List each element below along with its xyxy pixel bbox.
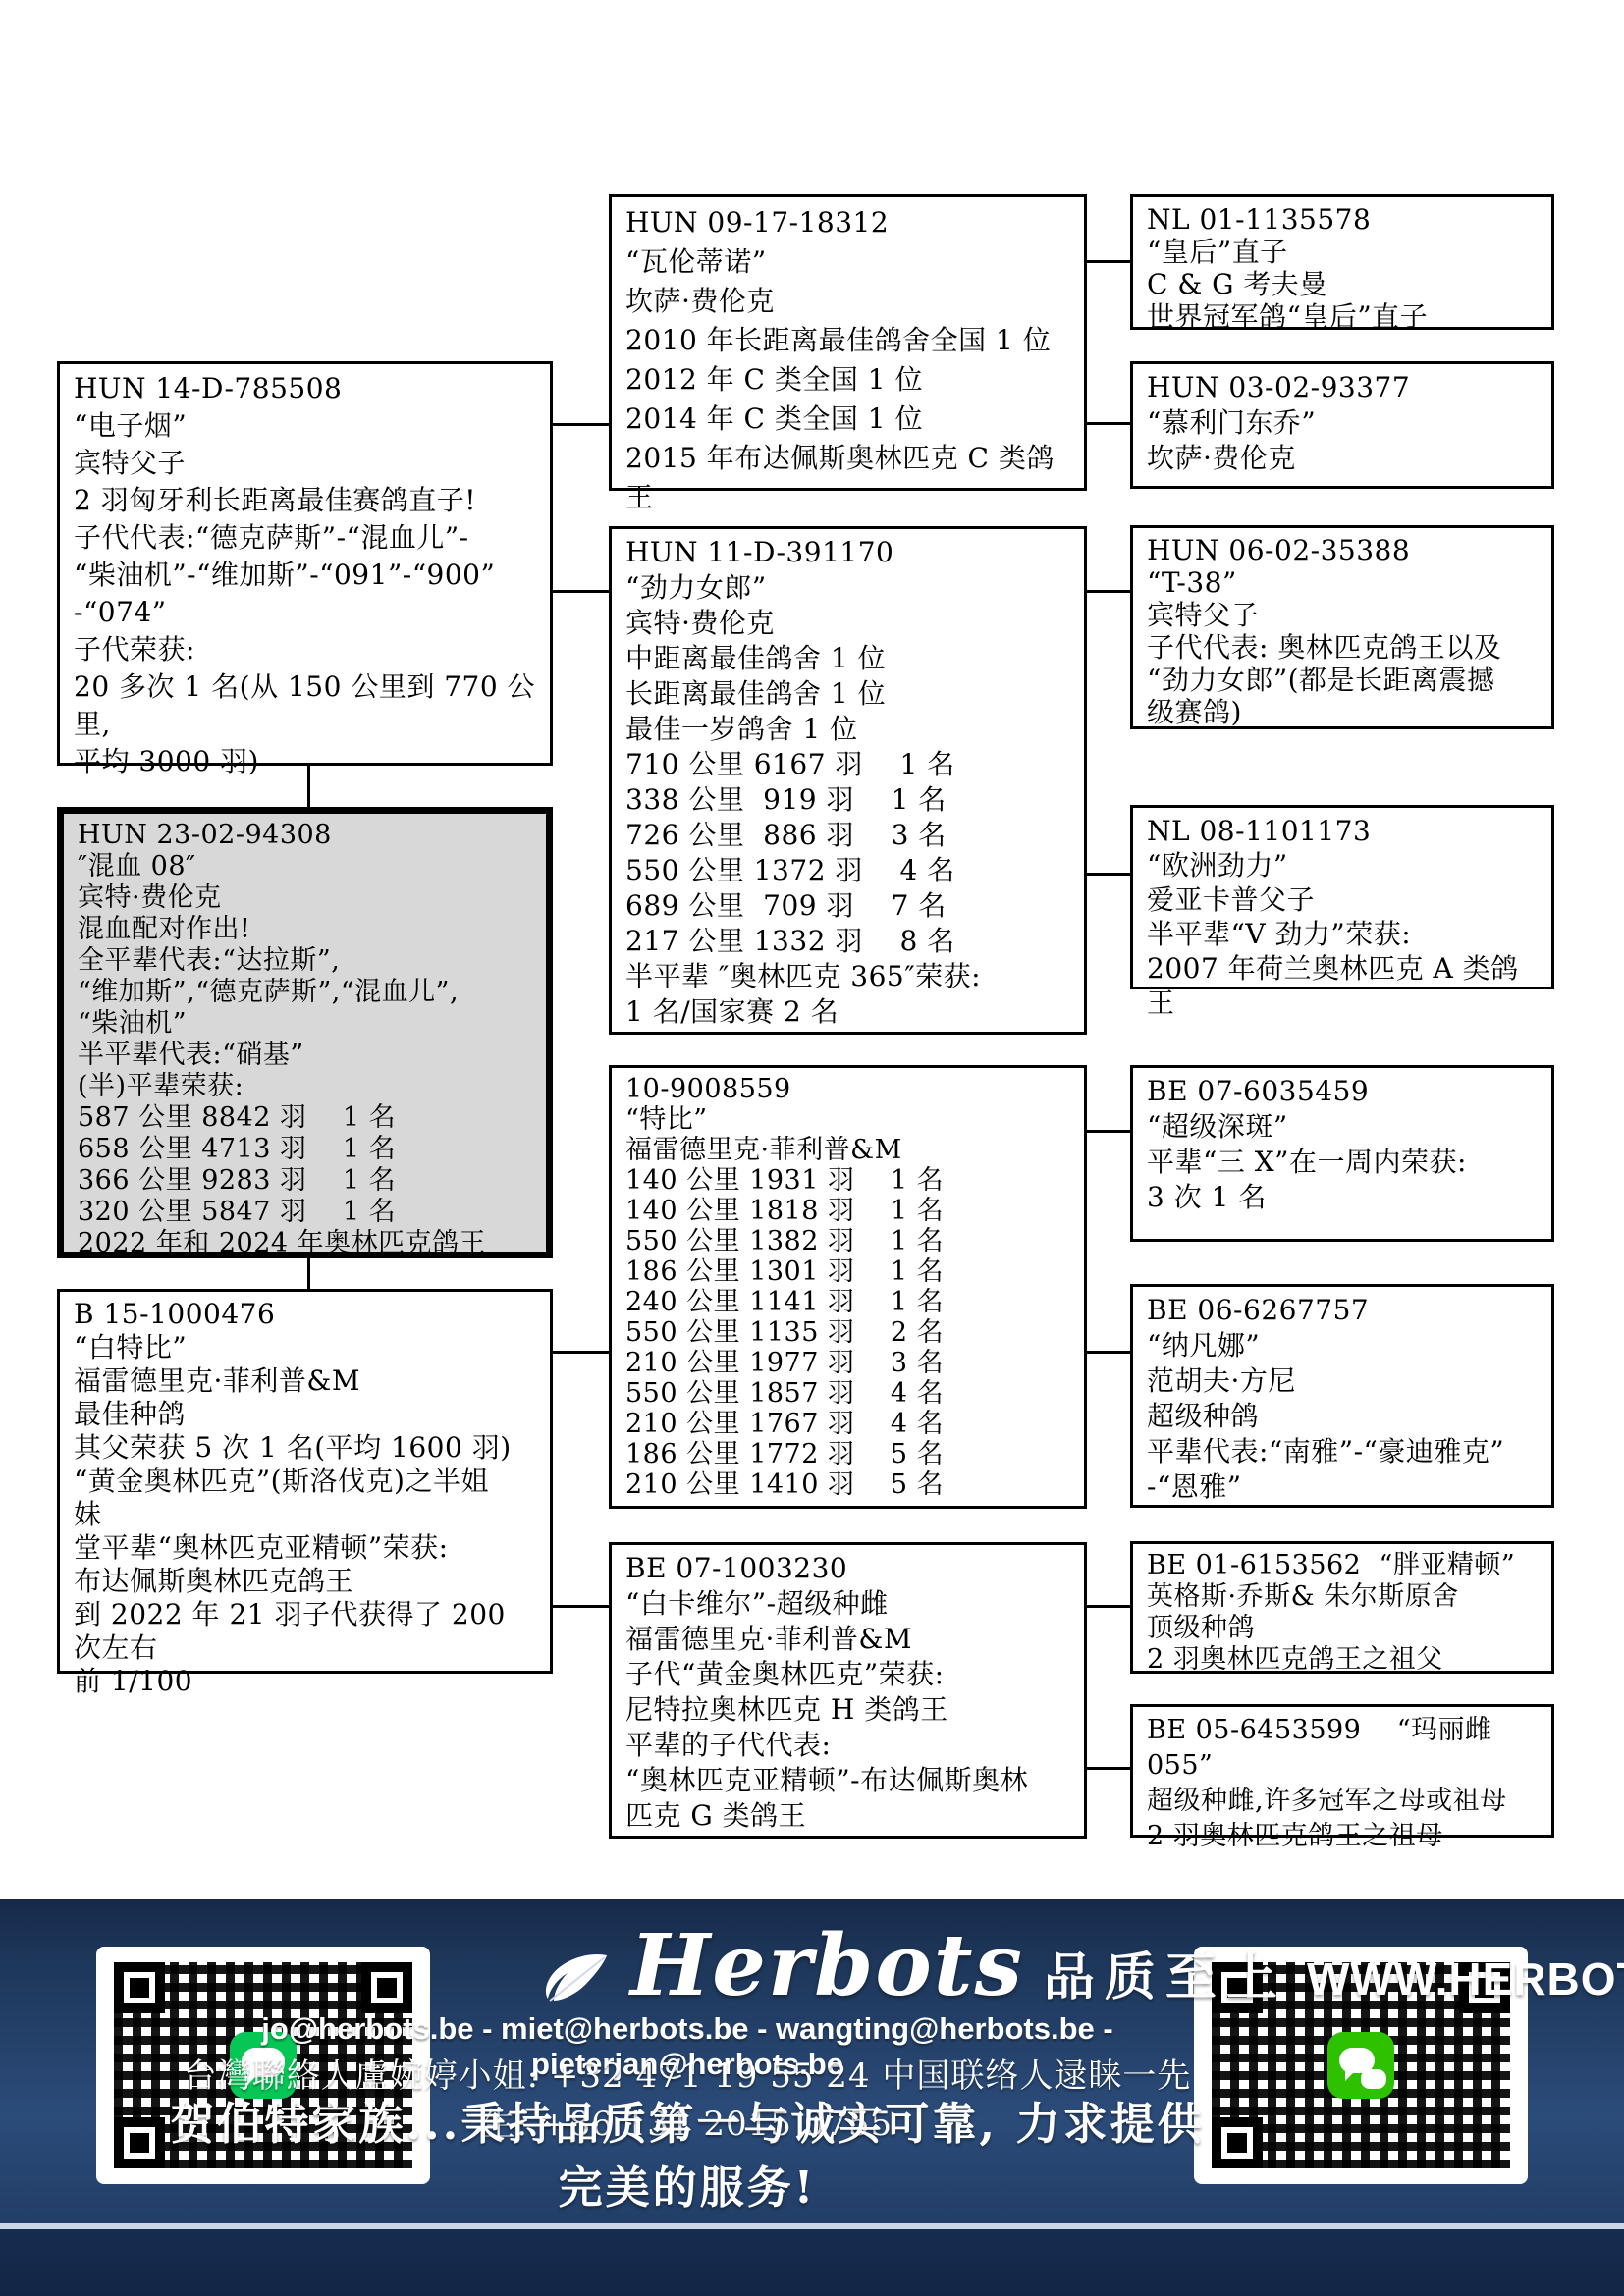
- wechat-icon: [1327, 2032, 1394, 2099]
- pedigree-box-nl-01-1135578: NL 01-1135578 “皇后”直子 C & G 考夫曼 世界冠军鸽“皇后”…: [1130, 194, 1554, 330]
- connector-line: [551, 1351, 611, 1354]
- connector-line: [1085, 260, 1132, 263]
- pedigree-box-be-07-1003230: BE 07-1003230 “白卡维尔”-超级种雌 福雷德里克·菲利普&M 子代…: [609, 1542, 1087, 1839]
- pedigree-box-b-15-1000476: B 15-1000476 “白特比” 福雷德里克·菲利普&M 最佳种鸽 其父荣获…: [57, 1289, 553, 1674]
- footer-tagline: 贺伯特家族...秉持品质第一与诚实可靠, 力求提供完美的服务!: [167, 2088, 1208, 2216]
- pedigree-box-text: HUN 03-02-93377 “慕利门东乔” 坎萨·费伦克: [1133, 364, 1551, 476]
- connector-line: [551, 423, 611, 426]
- pedigree-box-hun-06-02-35388: HUN 06-02-35388 “T-38” 宾特父子 子代代表: 奥林匹克鸽王…: [1130, 525, 1554, 729]
- pedigree-box-text: NL 08-1101173 “欧洲劲力” 爱亚卡普父子 半平辈“V 劲力”荣获:…: [1133, 808, 1551, 1020]
- pedigree-box-hun-11-d-391170: HUN 11-D-391170 “劲力女郎” 宾特·费伦克 中距离最佳鸽舍 1 …: [609, 526, 1087, 1035]
- pedigree-box-text: BE 05-6453599 “玛丽雌 055” 超级种雌,许多冠军之母或祖母 2…: [1133, 1707, 1551, 1854]
- pedigree-box-hun-14-d-785508: HUN 14-D-785508 “电子烟” 宾特父子 2 羽匈牙利长距离最佳赛鸽…: [57, 361, 553, 766]
- qr-finder-icon: [114, 2117, 165, 2168]
- connector-line: [551, 1605, 611, 1608]
- connector-line: [1085, 1130, 1132, 1133]
- pedigree-box-10-9008559: 10-9008559 “特比” 福雷德里克·菲利普&M 140 公里 1931 …: [609, 1065, 1087, 1509]
- pedigree-box-subject-hun-23-02-94308: HUN 23-02-94308 ″混血 08″ 宾特·费伦克 混血配对作出! 全…: [57, 807, 553, 1258]
- pedigree-box-text: HUN 14-D-785508 “电子烟” 宾特父子 2 羽匈牙利长距离最佳赛鸽…: [60, 364, 550, 780]
- pedigree-box-text: BE 07-6035459 “超级深斑” 平辈“三 X”在一周内荣获: 3 次 …: [1133, 1068, 1551, 1215]
- pedigree-box-text: BE 07-1003230 “白卡维尔”-超级种雌 福雷德里克·菲利普&M 子代…: [612, 1545, 1084, 1834]
- connector-line: [1085, 422, 1132, 425]
- connector-line: [307, 766, 310, 809]
- pedigree-box-text: HUN 06-02-35388 “T-38” 宾特父子 子代代表: 奥林匹克鸽王…: [1133, 528, 1551, 728]
- connector-line: [1085, 1767, 1132, 1770]
- brand-row: Herbots 品质至上 WWW.HERBOTS.BE: [542, 1921, 1624, 2011]
- pedigree-box-text: BE 06-6267757 “纳凡娜” 范胡夫·方尼 超级种鸽 平辈代表:“南雅…: [1133, 1287, 1551, 1505]
- website-url: WWW.HERBOTS.BE: [1307, 1952, 1624, 2005]
- qr-finder-icon: [114, 1962, 165, 2013]
- pedigree-box-hun-09-17-18312: HUN 09-17-18312 “瓦伦蒂诺” 坎萨·费伦克 2010 年长距离最…: [609, 194, 1087, 491]
- connector-line: [1085, 873, 1132, 876]
- qr-finder-icon: [361, 1962, 412, 2013]
- connector-line: [307, 1256, 310, 1291]
- pedigree-box-text: HUN 09-17-18312 “瓦伦蒂诺” 坎萨·费伦克 2010 年长距离最…: [612, 197, 1084, 517]
- pedigree-box-text: NL 01-1135578 “皇后”直子 C & G 考夫曼 世界冠军鸽“皇后”…: [1133, 197, 1551, 333]
- connector-line: [1085, 1605, 1132, 1608]
- pigeon-pedigree-page: HUN 14-D-785508 “电子烟” 宾特父子 2 羽匈牙利长距离最佳赛鸽…: [0, 0, 1624, 2296]
- pedigree-box-text: BE 01-6153562 “胖亚精顿” 英格斯·乔斯& 朱尔斯原舍 顶级种鸽 …: [1133, 1544, 1551, 1676]
- pedigree-box-be-01-6153562: BE 01-6153562 “胖亚精顿” 英格斯·乔斯& 朱尔斯原舍 顶级种鸽 …: [1130, 1541, 1554, 1674]
- brand-slogan-cn: 品质至上: [1044, 1936, 1287, 2009]
- pedigree-box-nl-08-1101173: NL 08-1101173 “欧洲劲力” 爱亚卡普父子 半平辈“V 劲力”荣获:…: [1130, 805, 1554, 989]
- feather-icon: [542, 1949, 611, 2008]
- pedigree-box-text: HUN 11-D-391170 “劲力女郎” 宾特·费伦克 中距离最佳鸽舍 1 …: [612, 529, 1084, 1030]
- pedigree-box-be-07-6035459: BE 07-6035459 “超级深斑” 平辈“三 X”在一周内荣获: 3 次 …: [1130, 1065, 1554, 1242]
- brand-logo-text: Herbots: [630, 1921, 1024, 2011]
- pedigree-box-be-06-6267757: BE 06-6267757 “纳凡娜” 范胡夫·方尼 超级种鸽 平辈代表:“南雅…: [1130, 1284, 1554, 1508]
- pedigree-box-text: HUN 23-02-94308 ″混血 08″ 宾特·费伦克 混血配对作出! 全…: [64, 814, 546, 1259]
- footer-bottom-strip: [0, 2229, 1624, 2296]
- pedigree-box-text: 10-9008559 “特比” 福雷德里克·菲利普&M 140 公里 1931 …: [612, 1068, 1084, 1500]
- pedigree-box-be-05-6453599: BE 05-6453599 “玛丽雌 055” 超级种雌,许多冠军之母或祖母 2…: [1130, 1704, 1554, 1838]
- connector-line: [551, 590, 611, 593]
- pedigree-box-hun-03-02-93377: HUN 03-02-93377 “慕利门东乔” 坎萨·费伦克: [1130, 361, 1554, 489]
- connector-line: [1085, 1351, 1132, 1354]
- pedigree-box-text: B 15-1000476 “白特比” 福雷德里克·菲利普&M 最佳种鸽 其父荣获…: [60, 1292, 550, 1698]
- connector-line: [1085, 590, 1132, 593]
- footer-banner: Herbots 品质至上 WWW.HERBOTS.BE jo@herbots.b…: [0, 1899, 1624, 2296]
- qr-finder-icon: [1212, 2117, 1263, 2168]
- chat-bubble-icon: [1361, 2069, 1386, 2089]
